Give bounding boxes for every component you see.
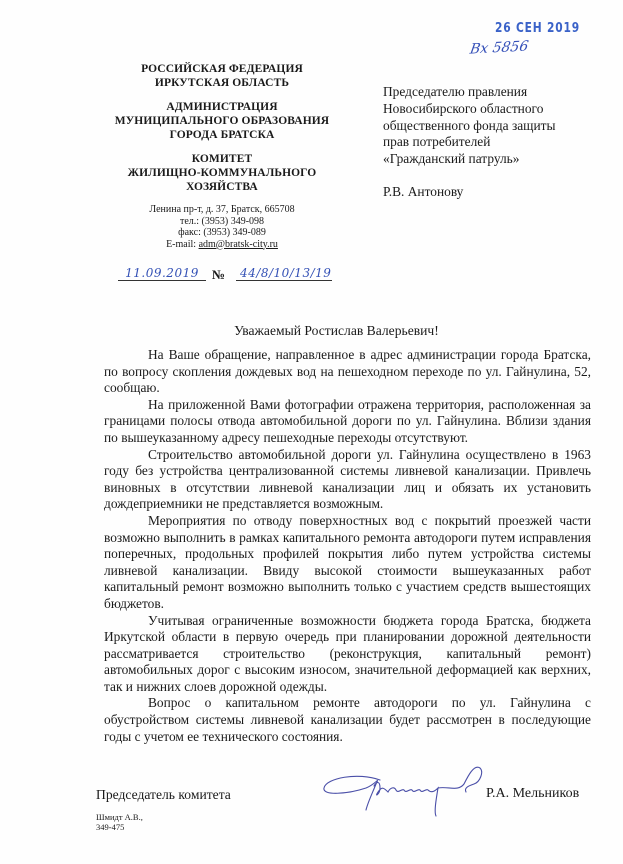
phone: тел.: (3953) 349-098 xyxy=(112,216,332,228)
executor-phone: 349-475 xyxy=(96,822,143,832)
letterhead-line: ИРКУТСКАЯ ОБЛАСТЬ xyxy=(112,76,332,90)
executor-note: Шмидт А.В., 349-475 xyxy=(96,812,143,832)
salutation: Уважаемый Ростислав Валерьевич! xyxy=(0,323,623,339)
body-paragraph: Строительство автомобильной дороги ул. Г… xyxy=(104,447,591,513)
body-paragraph: На приложенной Вами фотографии отражена … xyxy=(104,397,591,447)
letterhead: РОССИЙСКАЯ ФЕДЕРАЦИЯ ИРКУТСКАЯ ОБЛАСТЬ А… xyxy=(112,62,332,250)
body-paragraph: Учитывая ограниченные возможности бюджет… xyxy=(104,613,591,696)
handwritten-signature-icon xyxy=(318,758,488,818)
signatory-name: Р.А. Мельников xyxy=(486,786,579,802)
letterhead-line: АДМИНИСТРАЦИЯ xyxy=(112,100,332,114)
outgoing-registration: 11.09.2019 № 44/8/10/13/19 xyxy=(118,266,328,284)
letterhead-administration: АДМИНИСТРАЦИЯ МУНИЦИПАЛЬНОГО ОБРАЗОВАНИЯ… xyxy=(112,100,332,142)
letterhead-line: ГОРОДА БРАТСКА xyxy=(112,128,332,142)
incoming-number-handwritten: Вх 5856 xyxy=(469,38,530,57)
addressee-line: Новосибирского областного xyxy=(383,101,556,118)
letter-body: На Ваше обращение, направленное в адрес … xyxy=(104,347,591,745)
letterhead-line: РОССИЙСКАЯ ФЕДЕРАЦИЯ xyxy=(112,62,332,76)
addressee-line: прав потребителей xyxy=(383,134,556,151)
addressee-name: Р.В. Антонову xyxy=(383,184,556,201)
letterhead-contacts: Ленина пр-т, д. 37, Братск, 665708 тел.:… xyxy=(112,204,332,250)
address: Ленина пр-т, д. 37, Братск, 665708 xyxy=(112,204,332,216)
addressee-line: Председателю правления xyxy=(383,84,556,101)
letterhead-line: МУНИЦИПАЛЬНОГО ОБРАЗОВАНИЯ xyxy=(112,114,332,128)
email-line: E-mail: adm@bratsk-city.ru xyxy=(112,239,332,251)
received-date-stamp: 26 СЕН 2019 xyxy=(495,21,580,36)
letterhead-line: КОМИТЕТ xyxy=(112,152,332,166)
letterhead-committee: КОМИТЕТ ЖИЛИЩНО-КОММУНАЛЬНОГО ХОЗЯЙСТВА xyxy=(112,152,332,194)
letterhead-line: ЖИЛИЩНО-КОММУНАЛЬНОГО xyxy=(112,166,332,180)
body-paragraph: На Ваше обращение, направленное в адрес … xyxy=(104,347,591,397)
letterhead-line: ХОЗЯЙСТВА xyxy=(112,180,332,194)
number-sign: № xyxy=(212,267,225,283)
email-label: E-mail: xyxy=(166,239,199,250)
outgoing-date: 11.09.2019 xyxy=(118,266,206,281)
letter-page: 26 СЕН 2019 Вх 5856 РОССИЙСКАЯ ФЕДЕРАЦИЯ… xyxy=(0,0,623,864)
signatory-title: Председатель комитета xyxy=(96,787,231,803)
executor-name: Шмидт А.В., xyxy=(96,812,143,822)
body-paragraph: Мероприятия по отводу поверхностных вод … xyxy=(104,513,591,613)
email-link[interactable]: adm@bratsk-city.ru xyxy=(199,239,278,250)
addressee-block: Председателю правления Новосибирского об… xyxy=(383,84,556,201)
addressee-line: «Гражданский патруль» xyxy=(383,151,556,168)
letterhead-country: РОССИЙСКАЯ ФЕДЕРАЦИЯ ИРКУТСКАЯ ОБЛАСТЬ xyxy=(112,62,332,90)
outgoing-number: 44/8/10/13/19 xyxy=(236,266,332,281)
addressee-line: общественного фонда защиты xyxy=(383,118,556,135)
fax: факс: (3953) 349-089 xyxy=(112,227,332,239)
body-paragraph: Вопрос о капитальном ремонте автодороги … xyxy=(104,695,591,745)
